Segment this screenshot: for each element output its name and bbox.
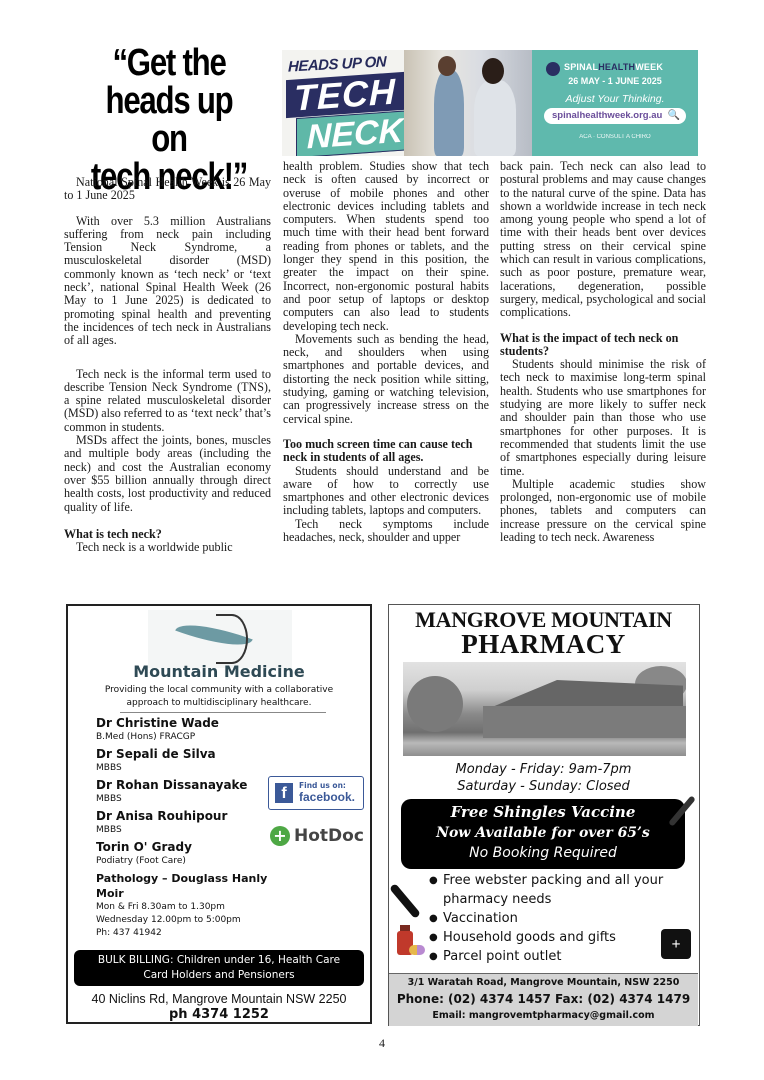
clinic-phone: ph 4374 1252 — [68, 1007, 370, 1022]
clinic-address: 40 Niclins Rd, Mangrove Mountain NSW 225… — [68, 992, 370, 1006]
pill-icon — [409, 945, 425, 955]
paragraph: Tech neck is a worldwide public — [64, 541, 271, 554]
bullet-drop-icon: ● — [429, 871, 438, 890]
mountain-medicine-logo — [148, 610, 292, 668]
person-figure — [434, 70, 464, 156]
spinal-health-week-banner: HEADS UP ON TECH NECK SPINALHEALTHWEEK 2… — [282, 50, 698, 156]
practitioner-list: Dr Christine Wade B.Med (Hons) FRACGP Dr… — [96, 716, 296, 940]
paragraph: Tech neck is the informal term used to d… — [64, 368, 271, 434]
facebook-icon: f — [275, 783, 293, 803]
stethoscope-icon — [216, 614, 248, 664]
event-dates: 26 MAY - 1 JUNE 2025 — [532, 76, 698, 86]
paragraph: Multiple academic studies show prolonged… — [500, 478, 706, 544]
building-wall — [483, 706, 686, 738]
pharmacy-contact: 3/1 Waratah Road, Mangrove Mountain, NSW… — [389, 973, 698, 1026]
service-item: ●Free webster packing and all your — [425, 871, 685, 890]
pharmacy-ad: MANGROVE MOUNTAIN PHARMACY Monday - Frid… — [388, 604, 700, 1026]
event-url: spinalhealthweek.org.au🔍 — [544, 108, 686, 124]
hotdoc-badge[interactable]: + HotDoc — [268, 824, 368, 848]
bullet-drop-icon: ● — [429, 947, 438, 966]
bullet-drop-icon: ● — [429, 928, 438, 947]
practitioner: Dr Sepali de Silva MBBS — [96, 747, 296, 774]
clinic-tagline: Providing the local community with a col… — [88, 684, 350, 710]
section-heading: What is tech neck? — [64, 528, 271, 541]
headline-line-1: “Get the — [85, 44, 254, 82]
headline-line-2: heads up on — [85, 82, 254, 158]
bulk-billing-banner: BULK BILLING: Children under 16, Health … — [74, 950, 364, 986]
paragraph: Students should minimise the risk of tec… — [500, 358, 706, 478]
dropper-icon — [389, 883, 421, 919]
services-list: ●Free webster packing and all your pharm… — [425, 871, 685, 966]
paragraph: health problem. Studies show that tech n… — [283, 160, 489, 333]
practitioner: Dr Anisa Rouhipour MBBS — [96, 809, 296, 836]
divider — [120, 712, 326, 713]
paragraph: Students should understand and be aware … — [283, 465, 489, 518]
section-heading: Too much screen time can cause tech neck… — [283, 438, 489, 465]
hotdoc-plus-icon: + — [270, 826, 290, 846]
article-headline: “Get the heads up on tech neck!” — [85, 44, 254, 196]
paragraph: National Spinal Health Week is 26 May to… — [64, 176, 271, 203]
person-head — [438, 56, 456, 76]
building-roof — [473, 680, 683, 708]
person-head — [482, 58, 504, 84]
pharmacy-title-line-2: PHARMACY — [389, 629, 698, 660]
practitioner: Torin O' Grady Podiatry (Foot Care) — [96, 840, 296, 867]
clinic-name: Mountain Medicine — [68, 662, 370, 681]
pharmacy-building-photo — [403, 662, 686, 756]
banner-neck: NECK — [296, 110, 414, 156]
service-item: ●Vaccination — [425, 909, 685, 928]
practitioner: Dr Rohan Dissanayake MBBS — [96, 778, 296, 805]
tree — [407, 676, 463, 732]
pharmacy-address: 3/1 Waratah Road, Mangrove Mountain, NSW… — [389, 974, 698, 991]
shingles-vaccine-promo: Free Shingles Vaccine Now Available for … — [401, 799, 685, 869]
pharmacy-phone-fax: Phone: (02) 4374 1457 Fax: (02) 4374 147… — [389, 991, 698, 1008]
students-with-phones-photo — [404, 50, 532, 156]
tech-neck-logo: HEADS UP ON TECH NECK — [282, 50, 412, 156]
page-number: 4 — [372, 1036, 392, 1051]
event-slogan: Adjust Your Thinking. — [532, 93, 698, 105]
event-name: SPINALHEALTHWEEK — [564, 62, 663, 72]
service-item: ●Parcel point outlet — [425, 947, 685, 966]
article-column-1: National Spinal Health Week is 26 May to… — [64, 176, 271, 554]
paragraph: back pain. Tech neck can also lead to po… — [500, 160, 706, 320]
pathology-info: Pathology – Douglass Hanly Moir Mon & Fr… — [96, 871, 296, 940]
article-column-2: health problem. Studies show that tech n… — [283, 160, 489, 544]
practitioner: Dr Christine Wade B.Med (Hons) FRACGP — [96, 716, 296, 743]
paragraph: MSDs affect the joints, bones, muscles a… — [64, 434, 271, 514]
paragraph: Movements such as bending the head, neck… — [283, 333, 489, 426]
aca-logo-icon — [546, 62, 560, 76]
paragraph: Tech neck symptoms include headaches, ne… — [283, 518, 489, 545]
person-figure — [474, 80, 516, 156]
mountain-medicine-ad: Mountain Medicine Providing the local co… — [66, 604, 372, 1024]
section-heading: What is the impact of tech neck on stude… — [500, 332, 706, 359]
paragraph: With over 5.3 million Australians suffer… — [64, 215, 271, 348]
article-column-3: back pain. Tech neck can also lead to po… — [500, 160, 706, 544]
service-item: ●Household goods and gifts — [425, 928, 685, 947]
pharmacy-email: Email: mangrovemtpharmacy@gmail.com — [389, 1008, 698, 1024]
banner-event-panel: SPINALHEALTHWEEK 26 MAY - 1 JUNE 2025 Ad… — [532, 50, 698, 156]
opening-hours: Monday - Friday: 9am-7pm Saturday - Sund… — [389, 761, 698, 795]
bullet-drop-icon: ● — [429, 909, 438, 928]
facebook-badge[interactable]: f Find us on: facebook. — [268, 776, 364, 810]
search-icon: 🔍 — [660, 108, 680, 124]
sponsor-logos: ACA · CONSULT A CHIRO — [532, 134, 698, 140]
